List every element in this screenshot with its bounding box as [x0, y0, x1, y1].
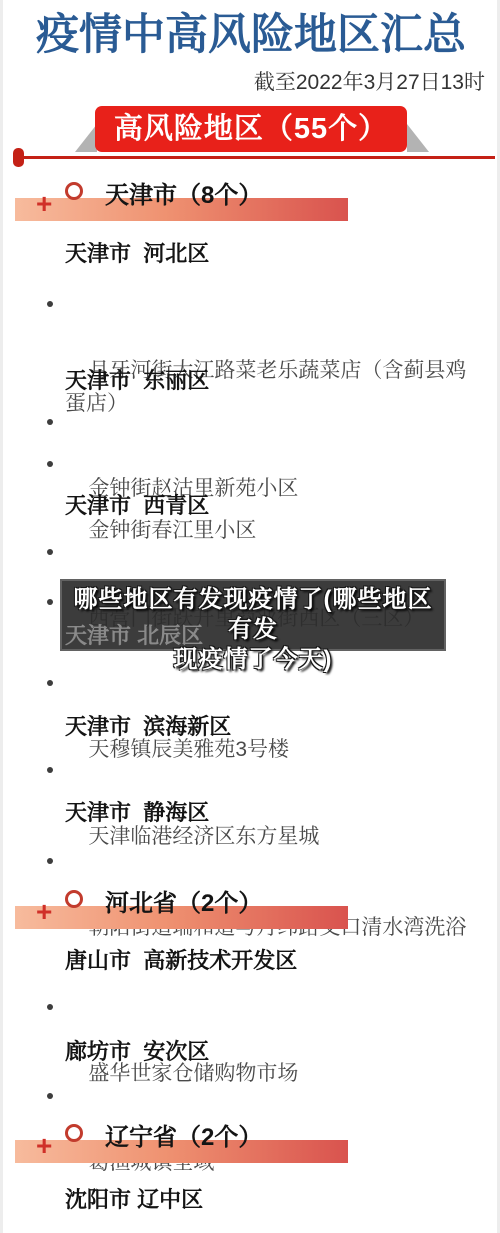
district-header: 天津市 北辰区: [65, 622, 203, 650]
bullet-icon: [47, 419, 53, 425]
bullet-icon: [47, 858, 53, 864]
district-header: 廊坊市 安次区: [65, 1038, 209, 1066]
district-header: 天津市 静海区: [65, 799, 209, 827]
plus-marker-icon: +: [36, 1132, 52, 1160]
district-header: 天津市 西青区: [65, 492, 209, 520]
section-header-liaoning: + 辽宁省（2个）: [3, 1120, 497, 1168]
district-header: 沈阳市 辽中区: [65, 1186, 203, 1214]
page-title: 疫情中高风险地区汇总: [36, 10, 466, 60]
district-header: 天津市 河北区: [65, 240, 209, 268]
bullet-icon: [47, 301, 53, 307]
section-header-hebei: + 河北省（2个）: [3, 886, 497, 934]
plus-marker-icon: +: [36, 190, 52, 218]
ring-marker-icon: [65, 182, 83, 200]
district-header: 天津市 东丽区: [65, 367, 209, 395]
section-title: 辽宁省（2个）: [105, 1123, 262, 1153]
plus-marker-icon: +: [36, 898, 52, 926]
infographic-page: 疫情中高风险地区汇总 截至2022年3月27日13时 高风险地区（55个） + …: [0, 0, 500, 1233]
ribbon-fold-left-icon: [75, 124, 97, 152]
timeline-line: [17, 156, 495, 159]
district-header: 天津市 滨海新区: [65, 713, 231, 741]
bullet-icon: [47, 549, 53, 555]
section-title: 天津市（8个）: [105, 181, 262, 211]
ribbon-fold-right-icon: [407, 124, 429, 152]
section-title: 河北省（2个）: [105, 889, 262, 919]
district-header: 唐山市 高新技术开发区: [65, 947, 297, 975]
risk-level-banner: 高风险地区（55个）: [95, 106, 407, 152]
as-of-date: 截至2022年3月27日13时: [254, 70, 485, 96]
bullet-icon: [47, 680, 53, 686]
bullet-icon: [47, 461, 53, 467]
bullet-icon: [47, 599, 53, 605]
ring-marker-icon: [65, 1124, 83, 1142]
bullet-icon: [47, 767, 53, 773]
section-header-tianjin: + 天津市（8个）: [3, 178, 497, 226]
ring-marker-icon: [65, 890, 83, 908]
bullet-icon: [47, 1004, 53, 1010]
bullet-icon: [47, 1093, 53, 1099]
